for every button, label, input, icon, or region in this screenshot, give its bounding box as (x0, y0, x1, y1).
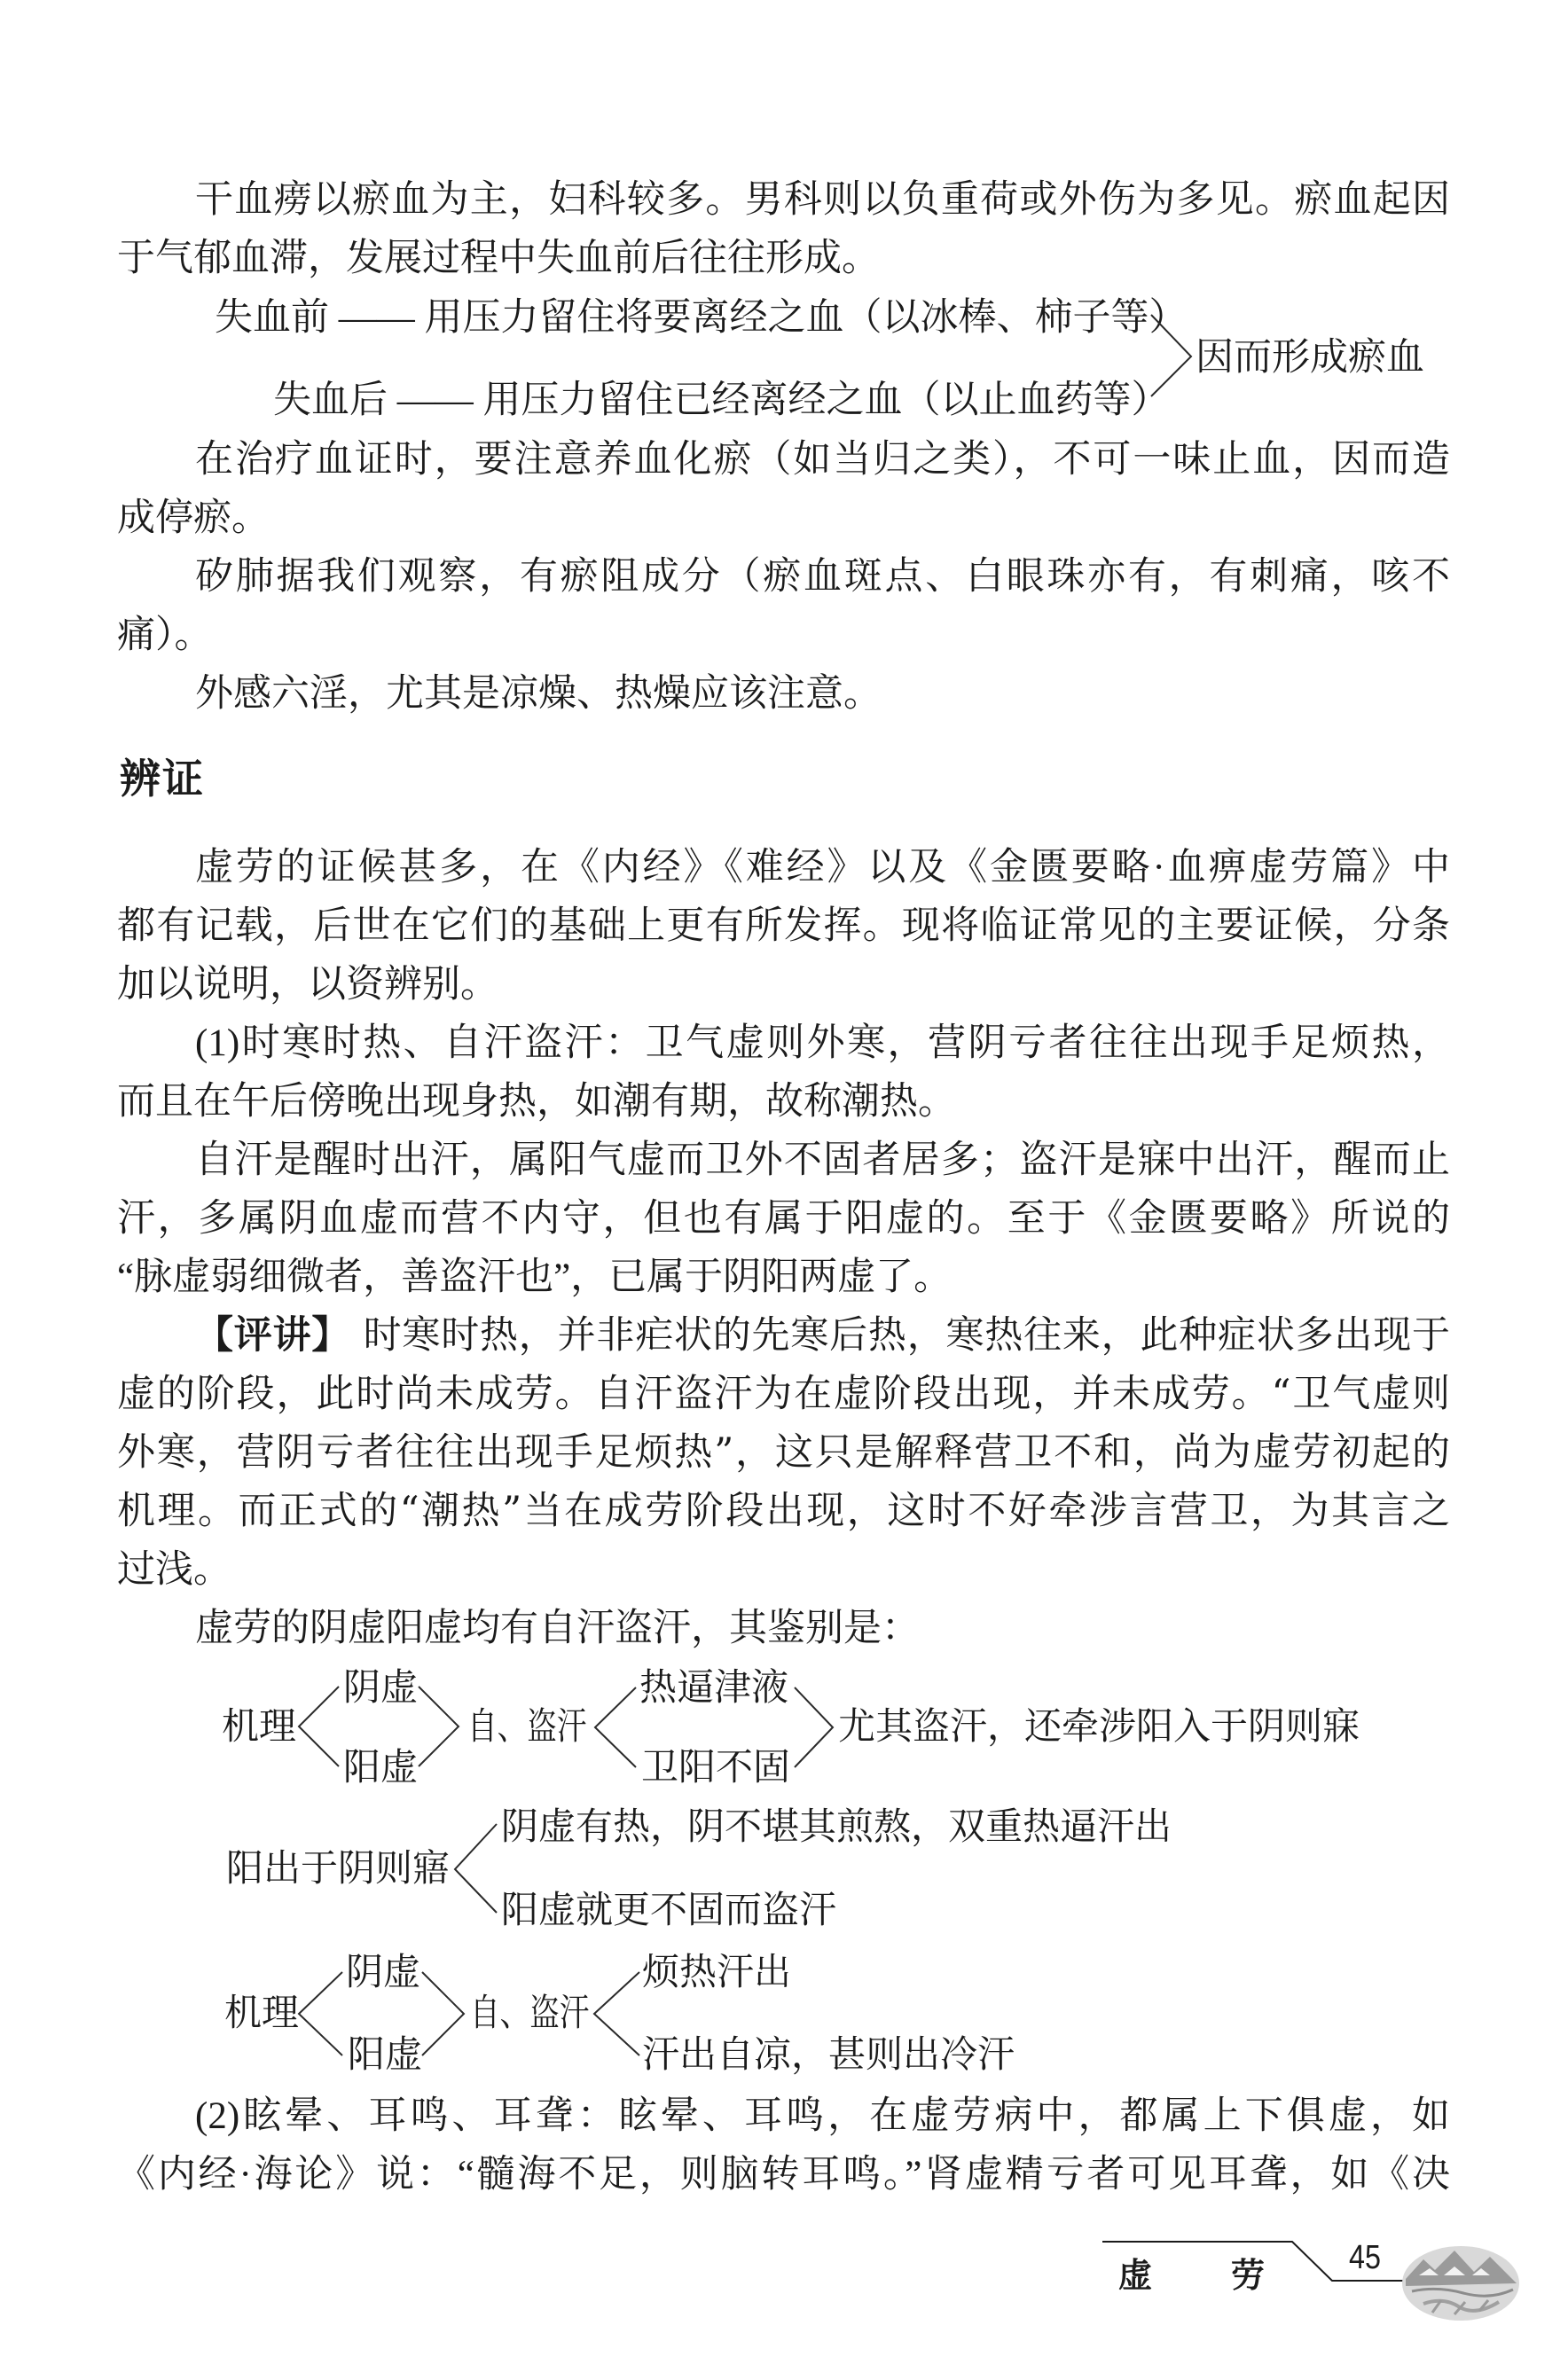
blood-diagram-after: 失血后 —— 用压力留住已经离经之血（以止血药等） (273, 381, 1170, 419)
diff-paragraph-1-line-1: 虚劳的证候甚多，在《内经》《难经》以及《金匮要略·血痹虚劳篇》中 (117, 849, 1450, 887)
diff-paragraph-3-line-2: 汗，多属阴血虚而营不内守，但也有属于阳虚的。至于《金匮要略》所说的 (117, 1200, 1450, 1238)
diagram-3-upper: 阴虚 (346, 1954, 420, 1992)
diagram-1-upper-2: 热逼津液 (639, 1670, 788, 1707)
intro-paragraph-2-line-1: 在治疗血证时，要注意养血化瘀（如当归之类），不可一味止血，因而造 (117, 441, 1450, 479)
item-2-line-2: 《内经·海论》说：“髓海不足，则脑转耳鸣。”肾虚精亏者可见耳聋，如《决 (117, 2156, 1450, 2194)
commentary-line-2: 虚的阶段，此时尚未成劳。自汗盗汗为在虚阶段出现，并未成劳。“卫气虚则 (117, 1375, 1450, 1413)
diagram-3-middle: 自、盗汗 (470, 1995, 589, 2032)
diagram-3-root: 机理 (224, 1995, 299, 2032)
commentary-label: 【评讲】 (195, 1313, 350, 1358)
diagram-3-lower-2: 汗出自凉，甚则出冷汗 (642, 2037, 1015, 2074)
diagram-1-upper: 阴虚 (343, 1670, 418, 1707)
diagram-1-lower: 阳虚 (343, 1750, 418, 1787)
diagram-2-split-bracket (455, 1824, 497, 1913)
commentary-line-1: 【评讲】 时寒时热，并非疟状的先寒后热，寒热往来，此种症状多出现于 (117, 1317, 1450, 1355)
diff-paragraph-1-line-3: 加以说明，以资辨别。 (117, 966, 1450, 1004)
intro-paragraph-1-line-1: 干血痨以瘀血为主，妇科较多。男科则以负重荷或外伤为多见。瘀血起因 (117, 181, 1450, 219)
diff-paragraph-2-line-1: (1)时寒时热、自汗盗汗：卫气虚则外寒，营阴亏者往往出现手足烦热， (117, 1024, 1450, 1062)
intro-paragraph-1-line-2: 于气郁血滞，发展过程中失血前后往往形成。 (117, 239, 1450, 278)
diagram-1-split-bracket-2 (595, 1687, 636, 1767)
diff-paragraph-3-line-1: 自汗是醒时出汗，属阳气虚而卫外不固者居多；盗汗是寐中出汗，醒而止 (117, 1141, 1450, 1179)
intro-paragraph-3-line-1: 矽肺据我们观察，有瘀阻成分（瘀血斑点、白眼珠亦有，有刺痛，咳不 (117, 558, 1450, 596)
diagram-1-result: 尤其盗汗，还牵涉阳入于阴则寐 (838, 1709, 1360, 1746)
diagram-3-split-bracket-1 (299, 1972, 342, 2055)
page-number: 45 (1349, 2241, 1381, 2274)
diagram-3-merge-bracket-1 (422, 1972, 464, 2055)
blood-diagram-result: 因而形成瘀血 (1196, 339, 1424, 377)
diagram-3-upper-2: 烦热汗出 (642, 1954, 791, 1992)
intro-paragraph-3-line-2: 痛）。 (117, 616, 1450, 654)
item-2-line-1: (2)眩晕、耳鸣、耳聋：眩晕、耳鸣，在虚劳病中，都属上下俱虚，如 (117, 2097, 1450, 2135)
commentary-line-5: 过浅。 (117, 1551, 1450, 1589)
diff-paragraph-3-line-3: “脉虚弱细微者，善盗汗也”，已属于阴阳两虚了。 (117, 1258, 1450, 1296)
blood-diagram-before: 失血前 —— 用压力留住将要离经之血（以冰棒、柿子等） (215, 299, 1188, 337)
book-page: 干血痨以瘀血为主，妇科较多。男科则以负重荷或外伤为多见。瘀血起因 于气郁血滞，发… (0, 0, 1568, 2380)
diagram-3-lower: 阳虚 (348, 2037, 422, 2074)
diagram-2-root: 阳出于阴则寤 (226, 1851, 450, 1888)
diagram-2-upper: 阴虚有热，阴不堪其煎熬，双重热逼汗出 (501, 1809, 1172, 1846)
diff-paragraph-1-line-2: 都有记载，后世在它们的基础上更有所发挥。现将临证常见的主要证候，分条 (117, 907, 1450, 945)
diagram-1-merge-bracket-1 (419, 1687, 459, 1766)
diagram-1-root: 机理 (222, 1709, 296, 1746)
footer-chapter-char-2: 劳 (1231, 2258, 1265, 2293)
diagram-1-merge-bracket-2 (795, 1687, 833, 1767)
commentary-line-3: 外寒，营阴亏者往往出现手足烦热”，这只是解释营卫不和，尚为虚劳初起的 (117, 1434, 1450, 1472)
intro-paragraph-4-line-1: 外感六淫，尤其是凉燥、热燥应该注意。 (117, 675, 1450, 713)
section-heading: 辨证 (120, 758, 205, 799)
diagram-1-split-bracket-1 (299, 1687, 339, 1766)
commentary-intro-line: 虚劳的阴虚阳虚均有自汗盗汗，其鉴别是： (117, 1609, 1450, 1648)
diagram-3-split-bracket-2 (594, 1972, 639, 2055)
commentary-line-1-text: 时寒时热，并非疟状的先寒后热，寒热往来，此种症状多出现于 (350, 1313, 1450, 1358)
diagram-2-lower: 阳虚就更不固而盗汗 (501, 1892, 836, 1930)
commentary-line-4: 机理。而正式的“潮热”当在成劳阶段出现，这时不好牵涉言营卫，为其言之 (117, 1492, 1450, 1531)
diagram-1-middle: 自、盗汗 (467, 1709, 586, 1746)
diff-paragraph-2-line-2: 而且在午后傍晚出现身热，如潮有期，故称潮热。 (117, 1083, 1450, 1121)
footer-chapter-char-1: 虚 (1118, 2258, 1152, 2293)
footer-landscape-emblem-icon (1402, 2246, 1519, 2321)
intro-paragraph-2-line-2: 成停瘀。 (117, 499, 1450, 537)
diagram-1-lower-2: 卫阳不固 (641, 1750, 790, 1787)
